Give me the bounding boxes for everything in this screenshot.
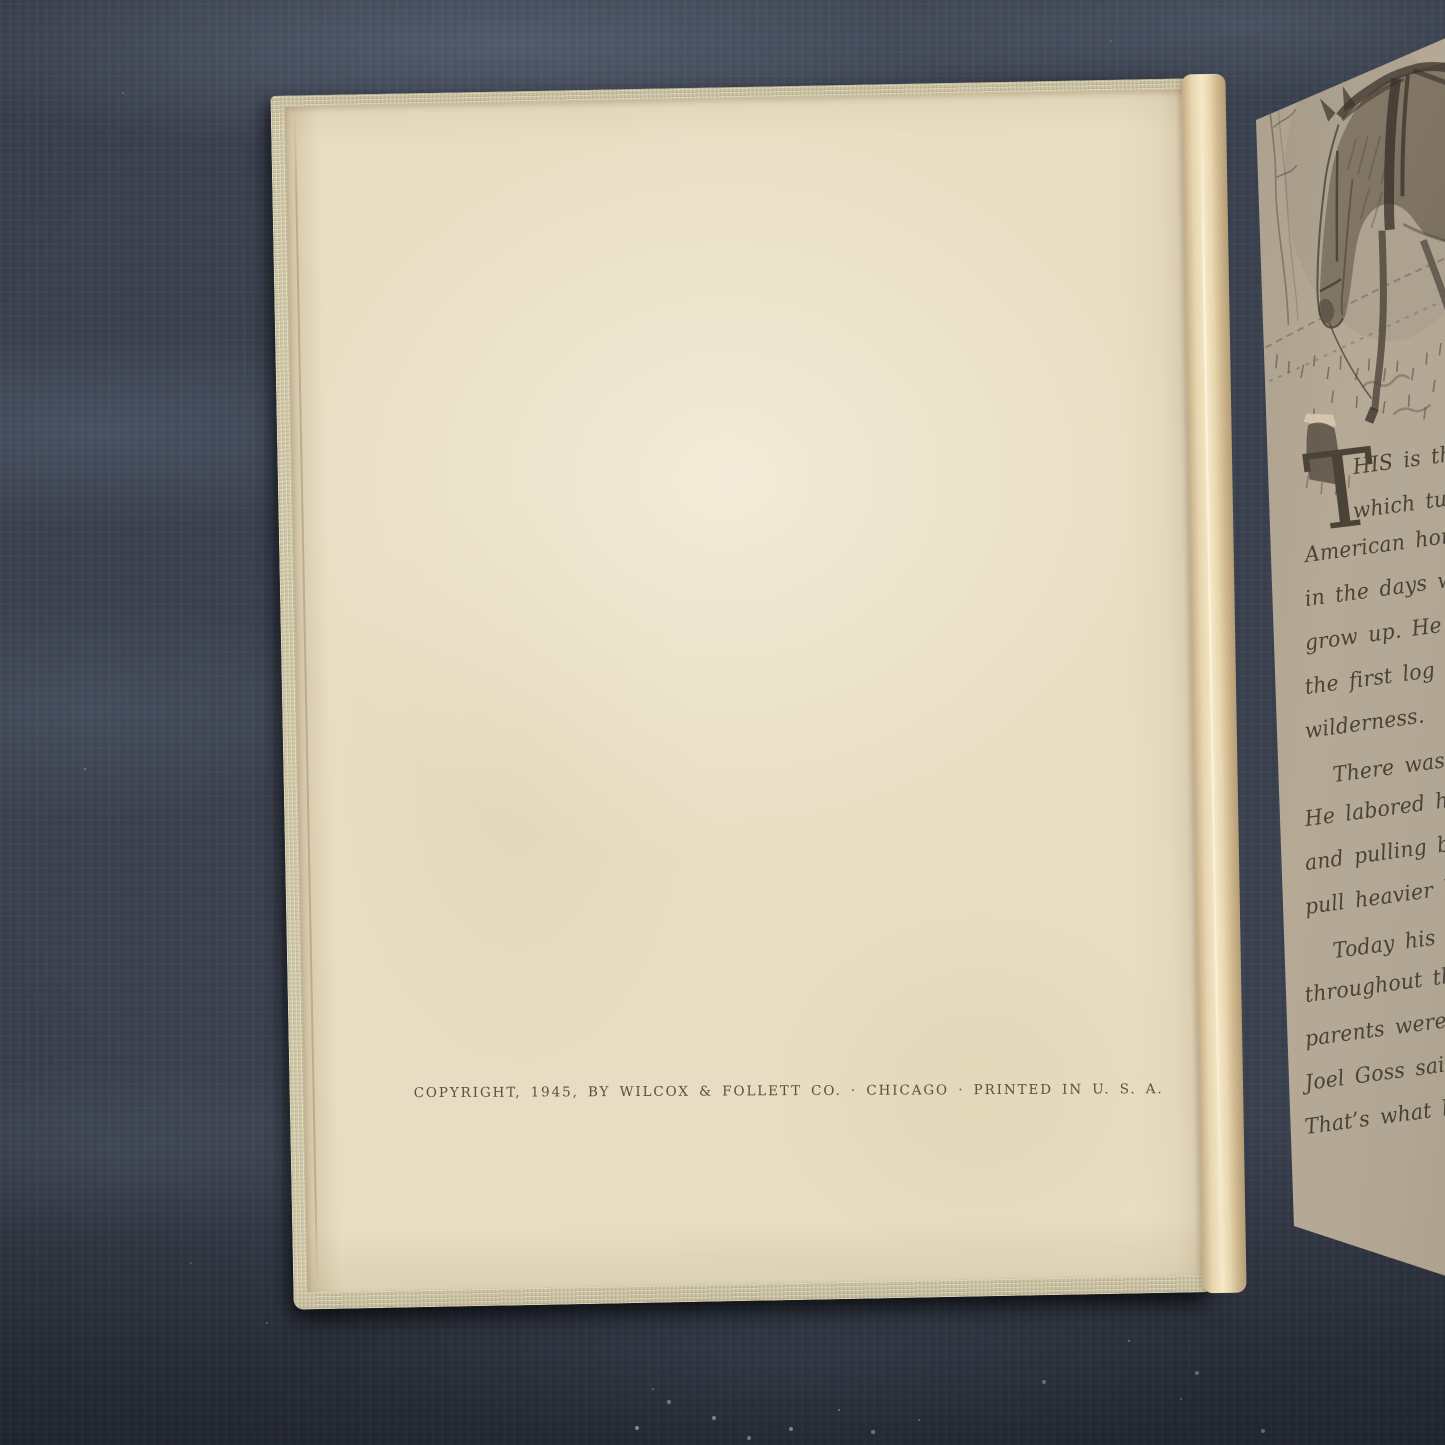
book-photo-scene: COPYRIGHT, 1945, BY WILCOX & FOLLETT CO.… xyxy=(0,0,1445,1445)
fabric-lint-speckles xyxy=(0,0,2,2)
left-cover-board: COPYRIGHT, 1945, BY WILCOX & FOLLETT CO.… xyxy=(270,78,1209,1309)
copyright-line: COPYRIGHT, 1945, BY WILCOX & FOLLETT CO.… xyxy=(338,1081,1240,1102)
right-page-text: T HIS is the which turned American horse… xyxy=(1308,446,1445,1150)
page-hinge-crease xyxy=(294,106,319,1292)
left-page: COPYRIGHT, 1945, BY WILCOX & FOLLETT CO.… xyxy=(285,89,1210,1292)
right-page: T HIS is the which turned American horse… xyxy=(1190,0,1445,1445)
